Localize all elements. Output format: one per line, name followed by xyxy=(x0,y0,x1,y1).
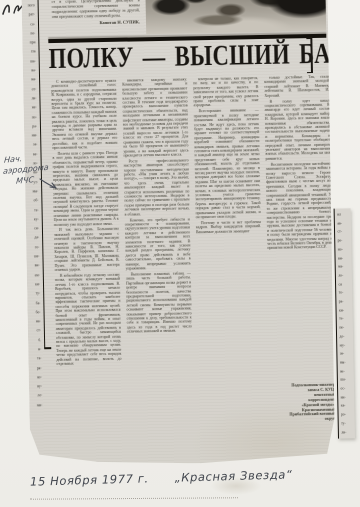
paragraph: вменяется каждому экипажу. Командиры, па… xyxy=(122,77,189,158)
date-note: 15 Ноября 1977 г. xyxy=(30,471,149,488)
paper-stain xyxy=(210,477,262,495)
article-column-4-body: только достойные. Так, стали командирами… xyxy=(264,75,335,380)
paragraph: Выполнение плановых таблиц — лишь часть … xyxy=(126,271,192,334)
pen-arrow xyxy=(38,176,60,192)
paragraph: С командно-диспетчерского пункта доносил… xyxy=(51,79,117,151)
article-signature: Подполковник-инженер запаса С. КУЦ, нешт… xyxy=(270,383,336,423)
article-column-1: С командно-диспетчерского пункта доносил… xyxy=(51,79,123,454)
article-column-4: только достойные. Так, стали командирами… xyxy=(264,75,336,450)
paragraph: Всестороннее внимание — практикуемой в п… xyxy=(194,108,261,219)
right-column-fragment: ил ав- ст- ре- но- ви- ма- ло- ся то- ра… xyxy=(333,208,354,438)
article-columns: С командно-диспетчерского пункта доносил… xyxy=(51,75,336,454)
newspaper-clipping: пого рат- со- пе- при гла ша- ва- ня- от… xyxy=(21,0,360,471)
paragraph: Конечно, это требует гибкости и оператив… xyxy=(125,217,191,271)
paragraph: Росту профессионального мастерства авиат… xyxy=(124,158,190,217)
article-column-3: контроля не только, как говорится, по ва… xyxy=(193,76,265,451)
article-headline: ПОЛКУ — ВЫСШИЙ БАЛЛ xyxy=(48,40,307,74)
paragraph: Поэтому в части и нет проблемы кадров. В… xyxy=(196,220,261,234)
previous-article-byline: Капитан Н. СУПИК. xyxy=(52,19,140,26)
previous-article-end: ст в строю. Целеустремленно действуют в … xyxy=(52,0,141,26)
paragraph: В полку идет накал социалистического сор… xyxy=(264,98,330,161)
scan-page: пого рат- со- пе- при гла ша- ва- ня- от… xyxy=(0,0,360,507)
paragraph: Воспитанием молодежи настойчиво занимают… xyxy=(266,161,333,250)
paragraph: только достойные. Так, стали командирами… xyxy=(264,75,329,98)
dotted-line xyxy=(30,497,238,499)
paragraph: контроля не только, как говорится, по ва… xyxy=(193,76,259,108)
news-photo xyxy=(145,0,326,34)
paragraph: И так весь день. Большинство экипажей вы… xyxy=(54,227,120,272)
paragraph: В юбилейном году летному составу полка, … xyxy=(55,273,122,367)
article-column-2: вменяется каждому экипажу. Командиры, па… xyxy=(122,77,194,452)
margin-note-line1: Нач. аэродрома xyxy=(3,154,49,176)
clipping-body: пого рат- со- пе- при гла ша- ва- ня- от… xyxy=(21,0,336,467)
previous-article-text: ст в строю. Целеустремленно действуют в … xyxy=(52,0,140,19)
